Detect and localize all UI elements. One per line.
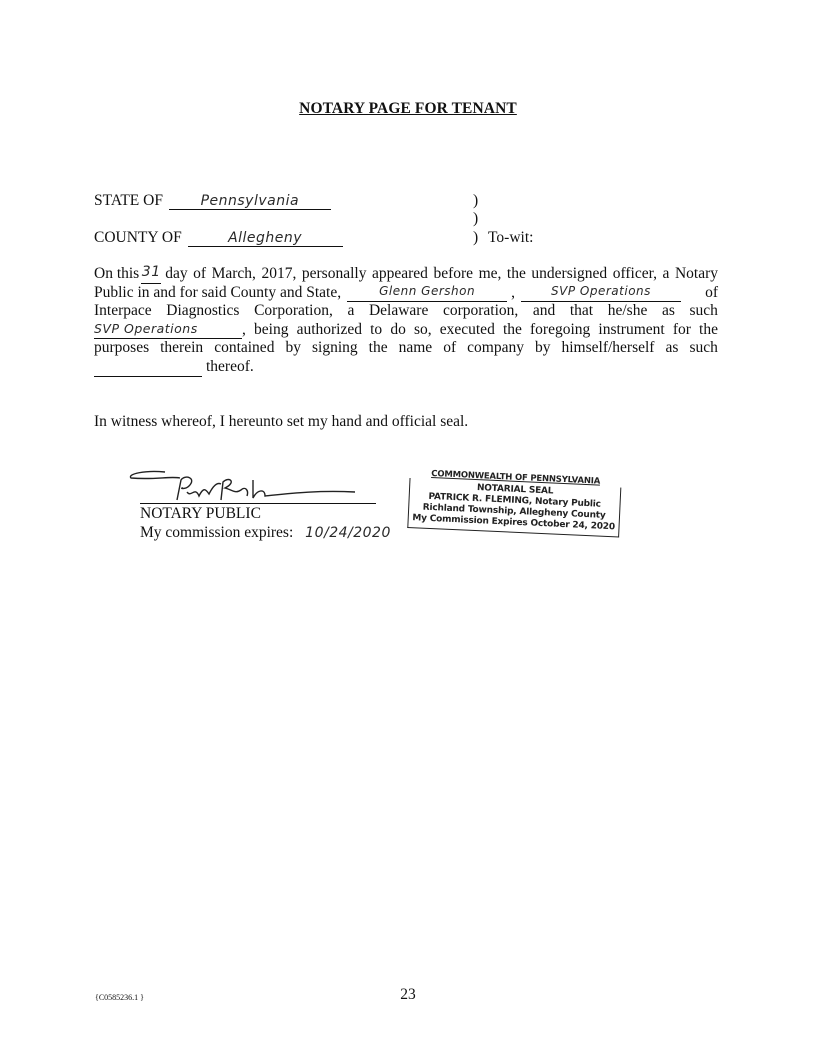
word: himself/herself: [562, 339, 655, 358]
word: a: [347, 302, 354, 321]
commission-label: My commission expires:: [140, 524, 293, 541]
text: day of March, 2017, personally appeared …: [165, 265, 718, 284]
day-value: 31: [141, 265, 161, 284]
county-label: COUNTY OF: [94, 229, 182, 246]
word: he/she: [608, 302, 648, 321]
text: ,: [511, 284, 515, 303]
capacity-value: SVP Operations: [94, 321, 242, 340]
para-line-6: thereof.: [94, 358, 718, 377]
commission-field: My commission expires: 10/24/2020: [140, 524, 391, 542]
word: the: [369, 339, 388, 358]
person-name-value: Glenn Gershon: [347, 284, 507, 303]
paren-1: ): [473, 192, 478, 210]
person-title-value: SVP Operations: [521, 284, 681, 303]
word: corporation,: [443, 302, 518, 321]
word: signing: [312, 339, 358, 358]
blank-line: [94, 358, 202, 377]
text: On this: [94, 265, 139, 284]
page-number: 23: [0, 986, 816, 1004]
signature-line: [140, 503, 376, 504]
para-line-2: Public in and for said County and State,…: [94, 284, 718, 303]
word: that: [570, 302, 593, 321]
para-line-4: SVP Operations , being authorized to do …: [94, 321, 718, 340]
county-value: Allegheny: [188, 231, 343, 247]
state-label: STATE OF: [94, 192, 163, 209]
text: of: [705, 284, 718, 303]
word: and: [533, 302, 555, 321]
page-title: NOTARY PAGE FOR TENANT: [0, 100, 816, 118]
witness-statement: In witness whereof, I hereunto set my ha…: [94, 413, 468, 431]
word: contained: [214, 339, 274, 358]
text: , being authorized to do so, executed th…: [242, 321, 718, 340]
seal-box: NOTARIAL SEAL PATRICK R. FLEMING, Notary…: [407, 478, 621, 538]
paren-2: ): [473, 210, 478, 228]
paren-3: ) To-wit:: [473, 229, 533, 247]
commission-value: 10/24/2020: [305, 525, 391, 541]
state-field: STATE OF Pennsylvania: [94, 192, 331, 210]
notary-signature: [125, 466, 365, 506]
word: such: [689, 302, 717, 321]
acknowledgment-paragraph: On this 31 day of March, 2017, personall…: [94, 265, 718, 377]
word: as: [666, 339, 679, 358]
word: of: [443, 339, 456, 358]
word: name: [399, 339, 433, 358]
word: Corporation,: [254, 302, 333, 321]
notarial-seal-stamp: COMMONWEALTH OF PENNSYLVANIA NOTARIAL SE…: [407, 468, 622, 538]
word: Diagnostics: [166, 302, 239, 321]
county-field: COUNTY OF Allegheny: [94, 229, 343, 247]
word: company: [467, 339, 524, 358]
para-line-5: purposesthereincontainedbysigningthename…: [94, 339, 718, 358]
word: therein: [160, 339, 203, 358]
word: Delaware: [369, 302, 428, 321]
para-line-1: On this 31 day of March, 2017, personall…: [94, 265, 718, 284]
word: such: [689, 339, 717, 358]
state-value: Pennsylvania: [169, 194, 331, 210]
word: by: [535, 339, 551, 358]
word: purposes: [94, 339, 149, 358]
text: thereof.: [206, 358, 254, 377]
word: by: [285, 339, 301, 358]
text: Public in and for said County and State,: [94, 284, 341, 303]
notary-public-label: NOTARY PUBLIC: [140, 505, 261, 523]
para-line-3: InterpaceDiagnosticsCorporation,aDelawar…: [94, 302, 718, 321]
word: as: [662, 302, 675, 321]
word: Interpace: [94, 302, 152, 321]
paren-3-char: ): [473, 229, 478, 246]
to-wit: To-wit:: [488, 229, 533, 246]
